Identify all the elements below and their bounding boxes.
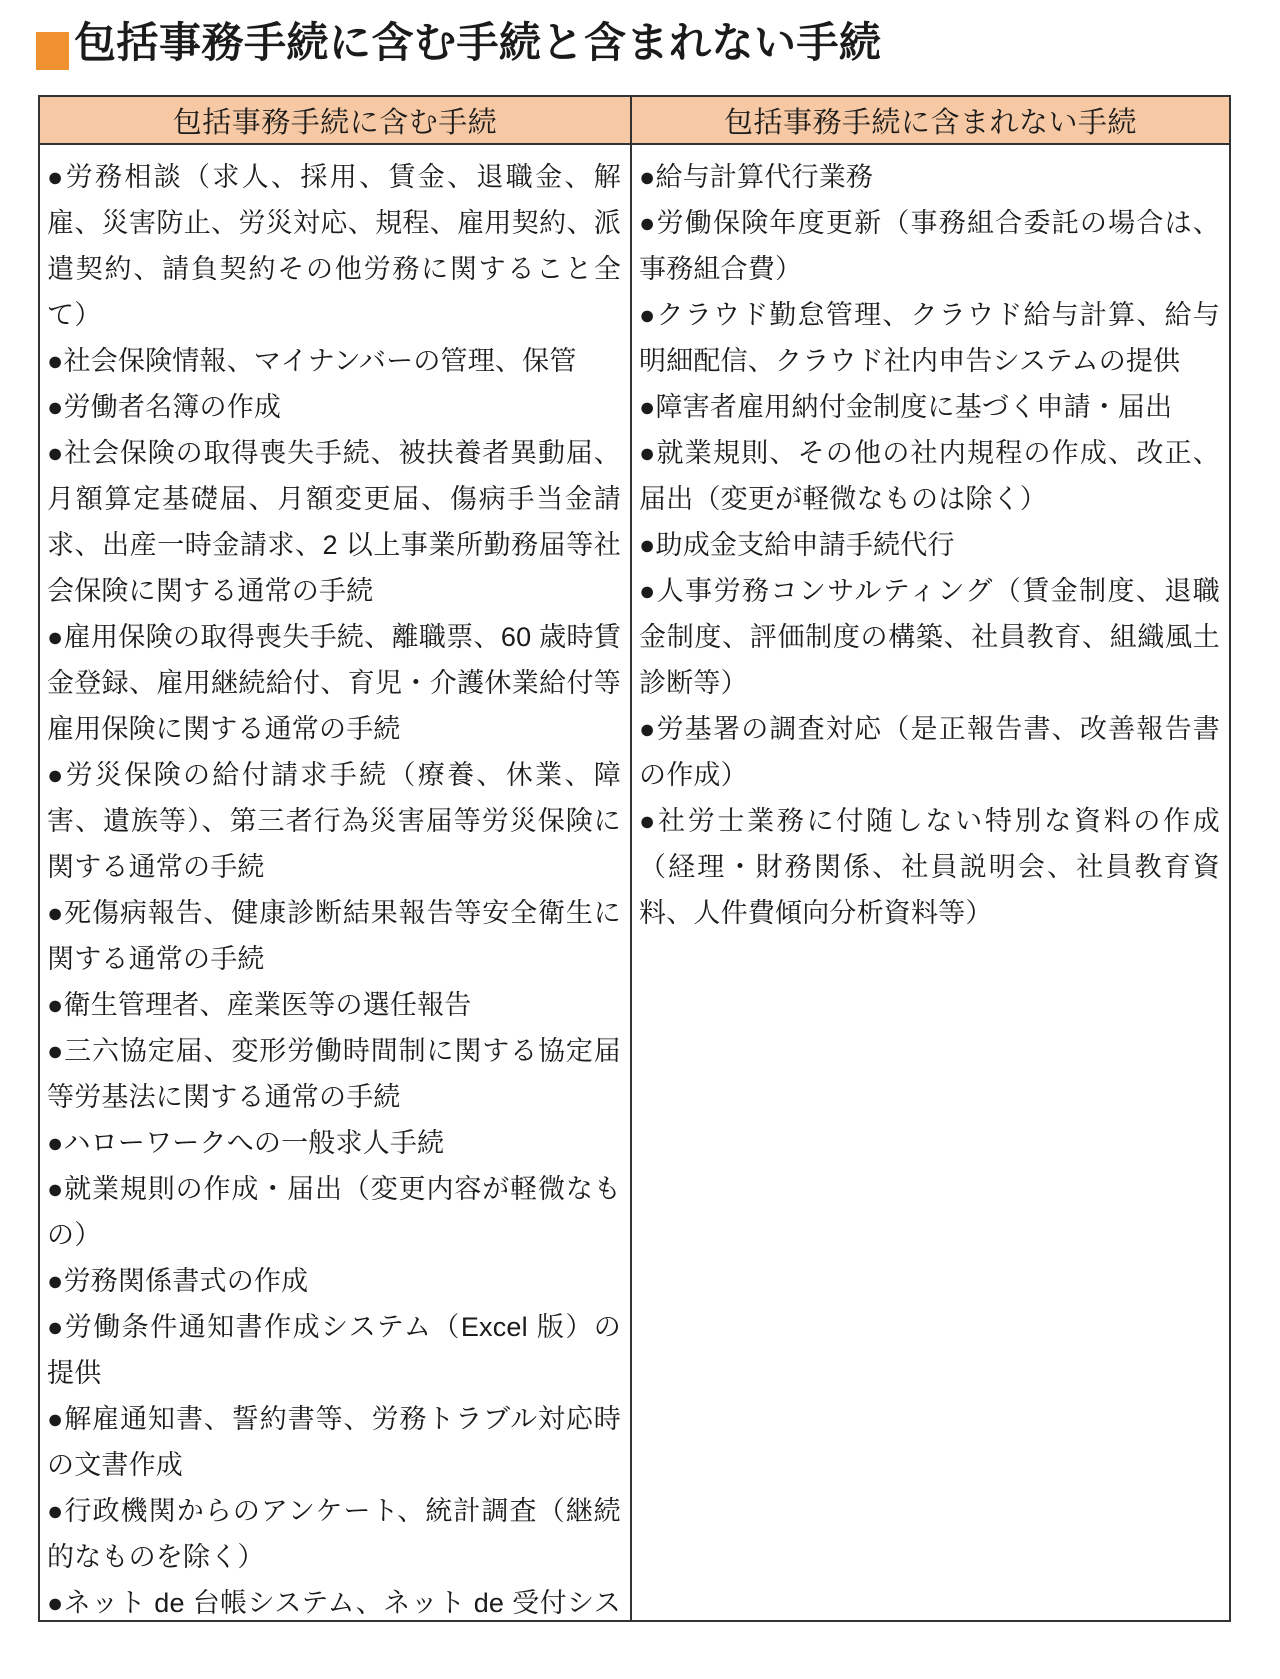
list-item: ●労基署の調査対応（是正報告書、改善報告書の作成）	[639, 706, 1220, 798]
page-title: 包括事務手続に含む手続と含まれない手続	[36, 18, 882, 70]
list-item: ●解雇通知書、誓約書等、労務トラブル対応時の文書作成	[47, 1396, 621, 1488]
column-header-included: 包括事務手続に含む手続	[40, 97, 632, 145]
list-item: ●労災保険の給付請求手続（療養、休業、障害、遺族等）、第三者行為災害届等労災保険…	[47, 752, 621, 890]
list-item: ●三六協定届、変形労働時間制に関する協定届等労基法に関する通常の手続	[47, 1028, 621, 1120]
list-item: ●障害者雇用納付金制度に基づく申請・届出	[639, 384, 1220, 430]
orange-square-icon	[36, 32, 69, 70]
list-item: ●人事労務コンサルティング（賃金制度、退職金制度、評価制度の構築、社員教育、組織…	[639, 568, 1220, 706]
list-item: ●社会保険の取得喪失手続、被扶養者異動届、月額算定基礎届、月額変更届、傷病手当金…	[47, 430, 621, 614]
list-item: ●ネット de 台帳システム、ネット de 受付システム、ネット de 規則シス…	[47, 1580, 621, 1620]
list-item: ●クラウド勤怠管理、クラウド給与計算、給与明細配信、クラウド社内申告システムの提…	[639, 292, 1220, 384]
list-item: ●労働保険年度更新（事務組合委託の場合は、事務組合費）	[639, 200, 1220, 292]
list-item: ●行政機関からのアンケート、統計調査（継続的なものを除く）	[47, 1488, 621, 1580]
list-item: ●労働条件通知書作成システム（Excel 版）の提供	[47, 1304, 621, 1396]
list-item: ●給与計算代行業務	[639, 154, 1220, 200]
list-item: ●助成金支給申請手続代行	[639, 522, 1220, 568]
list-item: ●衛生管理者、産業医等の選任報告	[47, 982, 621, 1028]
list-item: ●労務相談（求人、採用、賃金、退職金、解雇、災害防止、労災対応、規程、雇用契約、…	[47, 154, 621, 338]
procedures-table: 包括事務手続に含む手続 包括事務手続に含まれない手続 ●労務相談（求人、採用、賃…	[38, 95, 1231, 1622]
column-included-items: ●労務相談（求人、採用、賃金、退職金、解雇、災害防止、労災対応、規程、雇用契約、…	[40, 145, 632, 1620]
list-item: ●就業規則の作成・届出（変更内容が軽微なもの）	[47, 1166, 621, 1258]
list-item: ●死傷病報告、健康診断結果報告等安全衛生に関する通常の手続	[47, 890, 621, 982]
list-item: ●社会保険情報、マイナンバーの管理、保管	[47, 338, 621, 384]
list-item: ●社労士業務に付随しない特別な資料の作成（経理・財務関係、社員説明会、社員教育資…	[639, 798, 1220, 936]
column-excluded-items: ●給与計算代行業務●労働保険年度更新（事務組合委託の場合は、事務組合費）●クラウ…	[632, 145, 1229, 1620]
list-item: ●労務関係書式の作成	[47, 1258, 621, 1304]
column-header-excluded: 包括事務手続に含まれない手続	[632, 97, 1229, 145]
list-item: ●就業規則、その他の社内規程の作成、改正、届出（変更が軽微なものは除く）	[639, 430, 1220, 522]
list-item: ●ハローワークへの一般求人手続	[47, 1120, 621, 1166]
page-title-text: 包括事務手続に含む手続と含まれない手続	[74, 18, 882, 68]
list-item: ●労働者名簿の作成	[47, 384, 621, 430]
list-item: ●雇用保険の取得喪失手続、離職票、60 歳時賃金登録、雇用継続給付、育児・介護休…	[47, 614, 621, 752]
